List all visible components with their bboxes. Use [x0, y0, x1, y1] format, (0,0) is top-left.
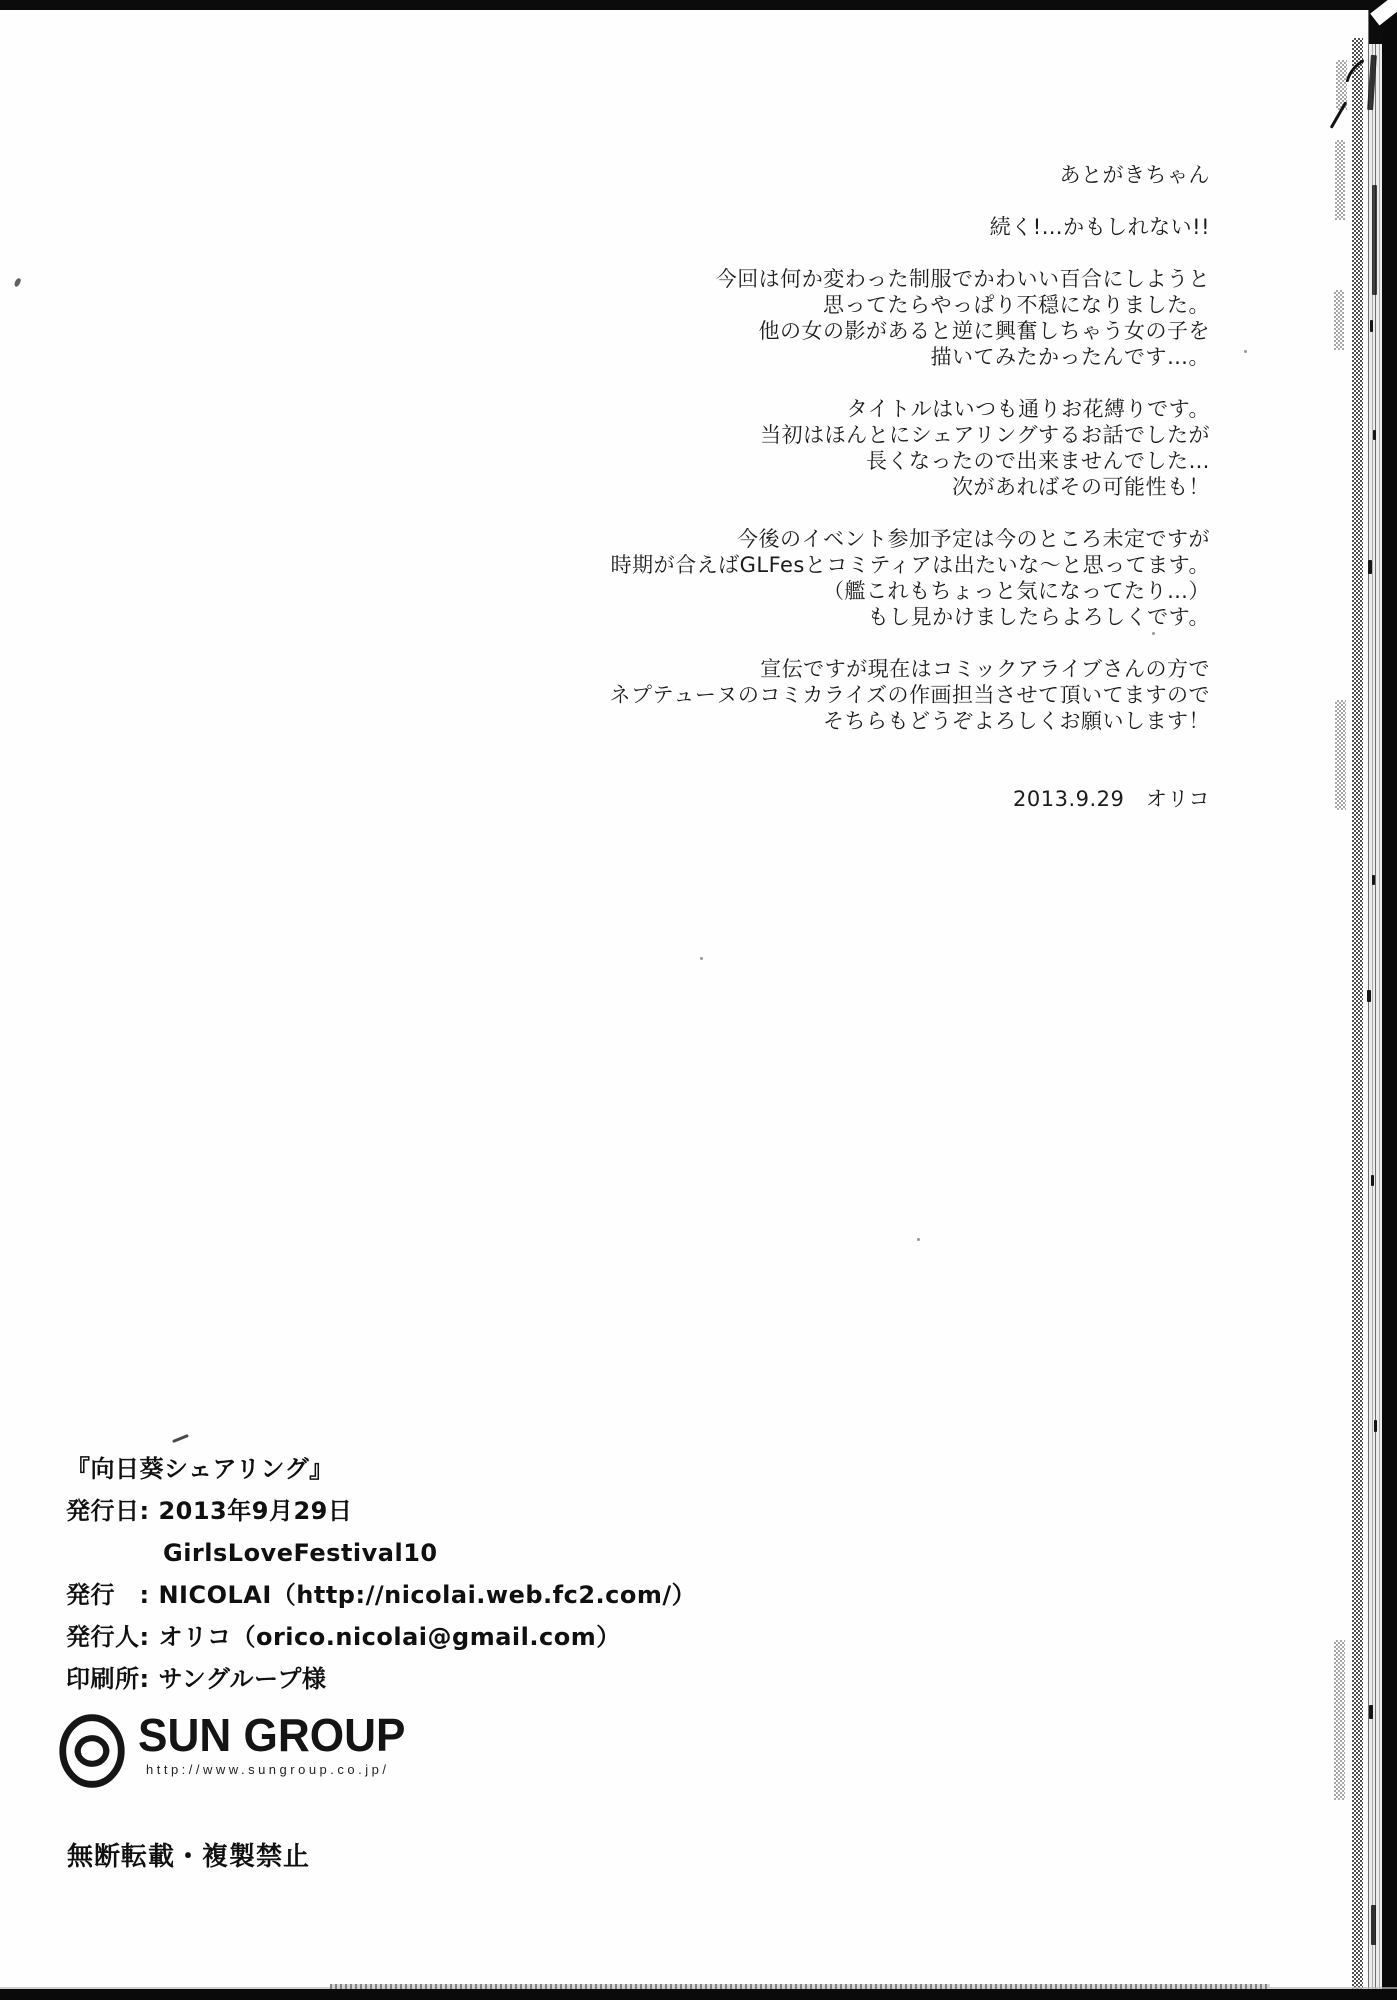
scan-noise — [1374, 1420, 1377, 1432]
sun-group-logo-url: http://www.sungroup.co.jp/ — [138, 1762, 417, 1777]
afterword-line: 次があればその可能性も！ — [510, 474, 1210, 500]
colophon-block: 『向日葵シェアリング』 発行日: 2013年9月29日 GirlsLoveFes… — [66, 1448, 696, 1700]
publication-date: 発行日: 2013年9月29日 — [66, 1490, 696, 1532]
afterword-line: 当初はほんとにシェアリングするお話でしたが — [510, 422, 1210, 448]
afterword-line: 長くなったので出来ませんでした… — [510, 448, 1210, 474]
scan-noise — [1372, 185, 1377, 295]
afterword-line — [510, 370, 1210, 396]
scan-noise — [1369, 1705, 1373, 1719]
afterword-line: 宣伝ですが現在はコミックアライブさんの方で — [510, 656, 1210, 682]
afterword-line — [510, 188, 1210, 214]
afterword-line — [510, 500, 1210, 526]
sun-group-logo-text: SUN GROUP http://www.sungroup.co.jp/ — [138, 1710, 417, 1777]
event-name: GirlsLoveFestival10 — [66, 1532, 696, 1574]
scan-speck — [1244, 350, 1247, 353]
scan-edge-right — [1382, 0, 1397, 2000]
afterword-line: ネプテューヌのコミカライズの作画担当させて頂いてますので — [510, 682, 1210, 708]
afterword-line — [510, 734, 1210, 760]
afterword-line — [510, 240, 1210, 266]
afterword-line: 今後のイベント参加予定は今のところ未定ですが — [510, 526, 1210, 552]
afterword-line — [510, 760, 1210, 786]
book-title: 『向日葵シェアリング』 — [66, 1448, 696, 1490]
scan-noise — [1367, 990, 1371, 1002]
scan-speck — [917, 1238, 920, 1241]
scan-noise — [1371, 1905, 1376, 1945]
sun-group-logo: SUN GROUP http://www.sungroup.co.jp/ — [58, 1710, 417, 1790]
scan-edge-bottom — [0, 1989, 1397, 2000]
scan-noise — [1373, 430, 1376, 440]
afterword-line: （艦これもちょっと気になってたり…） — [510, 578, 1210, 604]
scanned-doujin-afterword-page: あとがきちゃん 続く!…かもしれない!! 今回は何か変わった制服でかわいい百合に… — [0, 0, 1397, 2000]
publisher-person: 発行人: オリコ（orico.nicolai@gmail.com） — [66, 1616, 696, 1658]
printer-name: 印刷所: サングループ様 — [66, 1658, 696, 1700]
afterword-line: 描いてみたかったんです…。 — [510, 344, 1210, 370]
afterword-line: あとがきちゃん — [510, 162, 1210, 188]
afterword-line: 2013.9.29 オリコ — [510, 786, 1210, 812]
scan-dither-patch — [1335, 700, 1346, 810]
scan-noise — [1372, 875, 1375, 885]
scan-dither-band — [1352, 38, 1363, 2000]
scan-tick-mark — [172, 1434, 189, 1443]
scan-dither-patch — [1334, 1640, 1345, 1800]
afterword-line: 時期が合えばGLFesとコミティアは出たいな～と思ってます。 — [510, 552, 1210, 578]
scan-speck — [700, 957, 703, 960]
afterword-text-block: あとがきちゃん 続く!…かもしれない!! 今回は何か変わった制服でかわいい百合に… — [510, 162, 1210, 812]
scan-noise — [1370, 320, 1373, 332]
scan-comma-mark — [13, 277, 21, 287]
sun-group-logo-icon — [58, 1712, 126, 1790]
scan-dither-patch — [1335, 140, 1345, 220]
afterword-line: 思ってたらやっぱり不穏になりました。 — [510, 292, 1210, 318]
sun-group-logo-name: SUN GROUP — [138, 1710, 405, 1760]
scan-speck — [1152, 632, 1155, 635]
scan-noise — [1371, 1175, 1374, 1186]
no-reproduction-notice: 無断転載・複製禁止 — [67, 1836, 310, 1873]
publisher-circle: 発行 : NICOLAI（http://nicolai.web.fc2.com/… — [66, 1574, 696, 1616]
scan-edge-top — [0, 0, 1397, 10]
afterword-line: 続く!…かもしれない!! — [510, 214, 1210, 240]
afterword-line: 今回は何か変わった制服でかわいい百合にしようと — [510, 266, 1210, 292]
afterword-line: 他の女の影があると逆に興奮しちゃう女の子を — [510, 318, 1210, 344]
scan-noise — [1368, 560, 1372, 574]
afterword-line — [510, 630, 1210, 656]
afterword-line: そちらもどうぞよろしくお願いします！ — [510, 708, 1210, 734]
afterword-line: タイトルはいつも通りお花縛りです。 — [510, 396, 1210, 422]
scan-dither-patch — [1334, 290, 1344, 350]
afterword-line: もし見かけましたらよろしくです。 — [510, 604, 1210, 630]
